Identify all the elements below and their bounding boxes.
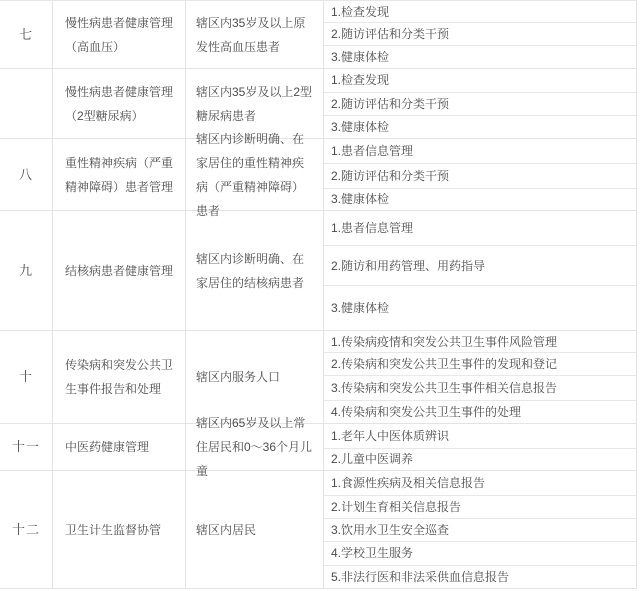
service-category: 传染病和突发公共卫生事件报告和处理 (53, 331, 186, 423)
service-items: 1.检查发现 2.随访评估和分类干预 3.健康体检 (324, 1, 636, 68)
service-items: 1.患者信息管理 2.随访和用药管理、用药指导 3.健康体检 (324, 211, 636, 330)
service-target: 辖区内35岁及以上原发性高血压患者 (186, 1, 324, 68)
service-item: 2.传染病和突发公共卫生事件的发现和登记 (324, 353, 636, 376)
service-items: 1.老年人中医体质辨识 2.儿童中医调养 (324, 424, 636, 470)
service-item: 1.老年人中医体质辨识 (324, 424, 636, 449)
service-item: 3.健康体检 (324, 46, 636, 68)
service-target: 辖区内居民 (186, 471, 324, 588)
service-item: 4.传染病和突发公共卫生事件的处理 (324, 401, 636, 423)
row-number: 十 (0, 331, 53, 423)
service-item: 3.健康体检 (324, 286, 636, 330)
service-item: 3.健康体检 (324, 189, 636, 210)
row-number: 七 (0, 1, 53, 68)
table-row: 七 慢性病患者健康管理（高血压） 辖区内35岁及以上原发性高血压患者 1.检查发… (0, 1, 636, 69)
service-item: 2.随访评估和分类干预 (324, 23, 636, 46)
service-item: 1.传染病疫情和突发公共卫生事件风险管理 (324, 331, 636, 353)
service-target: 辖区内服务人口 (186, 331, 324, 423)
service-items: 1.传染病疫情和突发公共卫生事件风险管理 2.传染病和突发公共卫生事件的发现和登… (324, 331, 636, 423)
service-target: 辖区内诊断明确、在家居住的重性精神疾病（严重精神障碍）患者 (186, 139, 324, 210)
table-row: 八 重性精神疾病（严重精神障碍）患者管理 辖区内诊断明确、在家居住的重性精神疾病… (0, 139, 636, 211)
row-number: 八 (0, 139, 53, 210)
service-item: 1.检查发现 (324, 1, 636, 23)
service-item: 1.患者信息管理 (324, 139, 636, 164)
service-item: 3.健康体检 (324, 116, 636, 138)
service-items: 1.检查发现 2.随访评估和分类干预 3.健康体检 (324, 69, 636, 138)
table-row: 十一 中医药健康管理 辖区内65岁及以上常住居民和0～36个月儿童 1.老年人中… (0, 424, 636, 471)
service-item: 1.检查发现 (324, 69, 636, 93)
service-item: 1.患者信息管理 (324, 211, 636, 246)
service-items: 1.食源性疾病及相关信息报告 2.计划生育相关信息报告 3.饮用水卫生安全巡查 … (324, 471, 636, 588)
row-number: 十一 (0, 424, 53, 470)
service-target: 辖区内65岁及以上常住居民和0～36个月儿童 (186, 424, 324, 470)
service-item: 4.学校卫生服务 (324, 542, 636, 566)
service-item: 3.传染病和突发公共卫生事件相关信息报告 (324, 376, 636, 401)
table-row: 慢性病患者健康管理（2型糖尿病） 辖区内35岁及以上2型糖尿病患者 1.检查发现… (0, 69, 636, 139)
service-category: 卫生计生监督协管 (53, 471, 186, 588)
service-item: 2.儿童中医调养 (324, 449, 636, 470)
service-category: 慢性病患者健康管理（高血压） (53, 1, 186, 68)
service-item: 5.非法行医和非法采供血信息报告 (324, 566, 636, 588)
service-category: 慢性病患者健康管理（2型糖尿病） (53, 69, 186, 138)
service-item: 2.随访评估和分类干预 (324, 164, 636, 189)
service-item: 3.饮用水卫生安全巡查 (324, 519, 636, 542)
service-target: 辖区内诊断明确、在家居住的结核病患者 (186, 211, 324, 330)
service-item: 2.随访和用药管理、用药指导 (324, 246, 636, 286)
row-number: 十二 (0, 471, 53, 588)
row-number (0, 69, 53, 138)
service-item: 1.食源性疾病及相关信息报告 (324, 471, 636, 496)
service-items: 1.患者信息管理 2.随访评估和分类干预 3.健康体检 (324, 139, 636, 210)
table-row: 十 传染病和突发公共卫生事件报告和处理 辖区内服务人口 1.传染病疫情和突发公共… (0, 331, 636, 424)
service-category: 中医药健康管理 (53, 424, 186, 470)
service-category: 重性精神疾病（严重精神障碍）患者管理 (53, 139, 186, 210)
table-row: 九 结核病患者健康管理 辖区内诊断明确、在家居住的结核病患者 1.患者信息管理 … (0, 211, 636, 331)
row-number: 九 (0, 211, 53, 330)
service-item: 2.随访评估和分类干预 (324, 93, 636, 116)
public-health-services-table: 七 慢性病患者健康管理（高血压） 辖区内35岁及以上原发性高血压患者 1.检查发… (0, 0, 637, 589)
table-row: 十二 卫生计生监督协管 辖区内居民 1.食源性疾病及相关信息报告 2.计划生育相… (0, 471, 636, 589)
service-item: 2.计划生育相关信息报告 (324, 496, 636, 519)
service-category: 结核病患者健康管理 (53, 211, 186, 330)
